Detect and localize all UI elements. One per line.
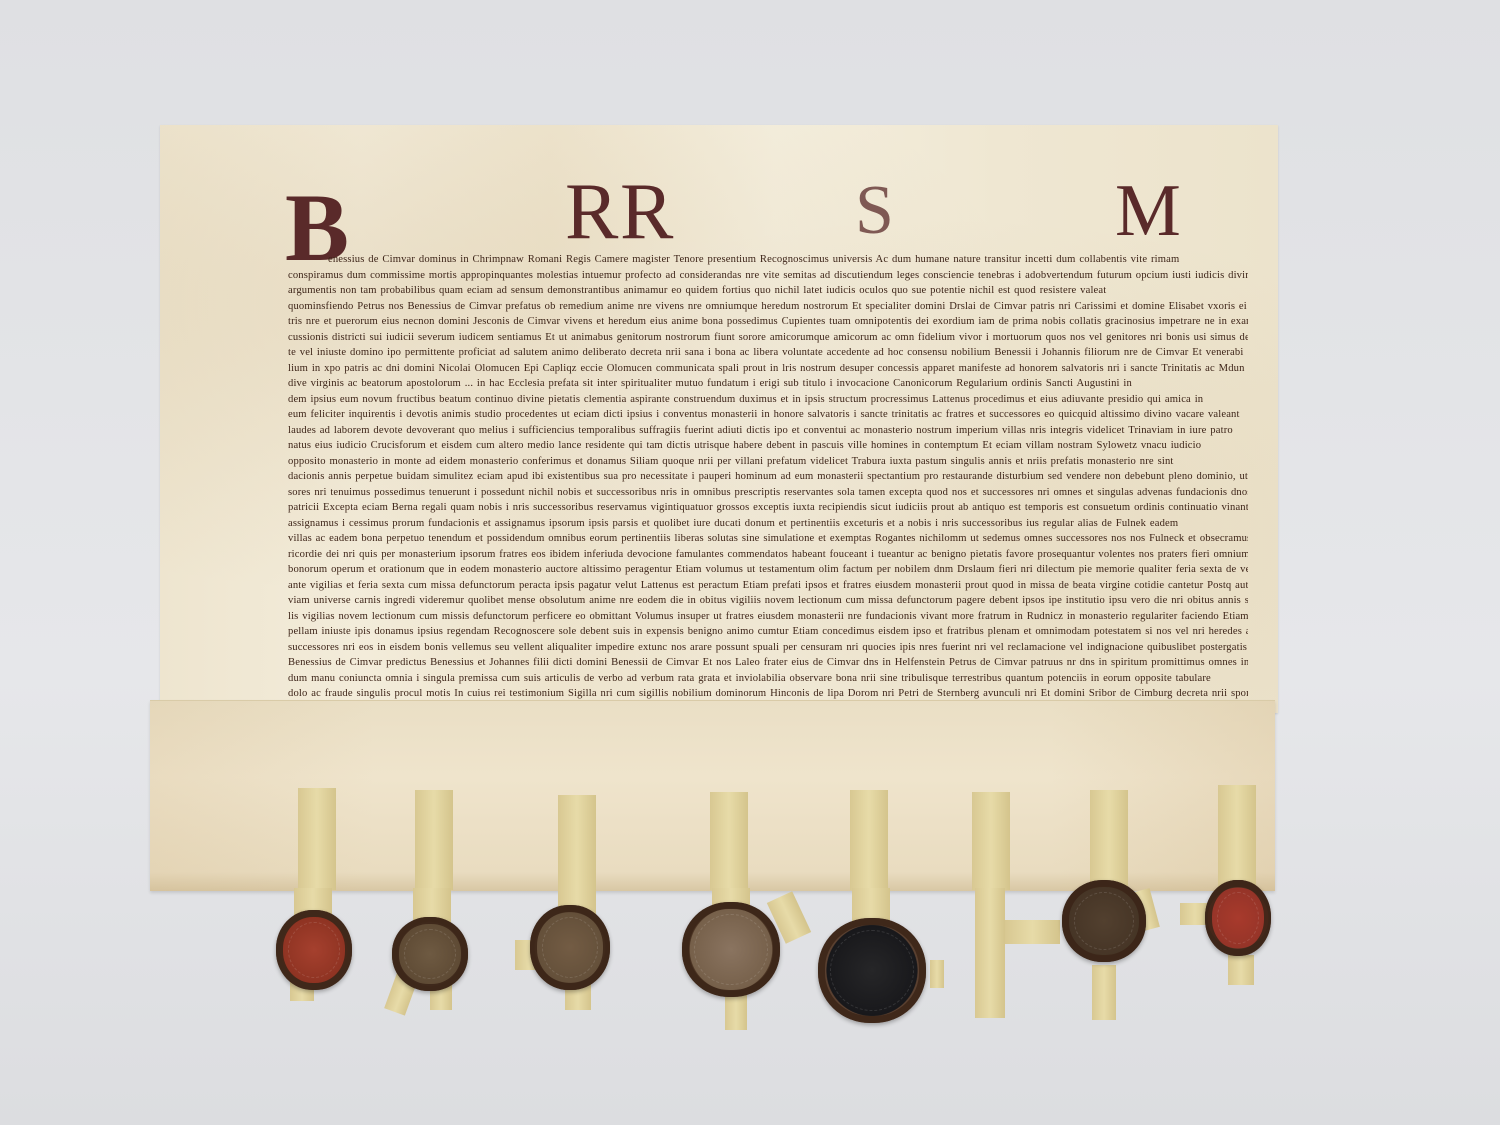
text-line: pellam iniuste ipis donamus ipsius regen…	[288, 624, 1248, 640]
charter-text: enessius de Cimvar dominus in Chrimpnaw …	[288, 252, 1248, 692]
wax-seal-dark-6	[1062, 880, 1146, 962]
seal-tag-loose	[1005, 920, 1060, 944]
seal-tag	[850, 790, 888, 890]
text-line: natus eius iudicio Crucisforum et eisdem…	[288, 438, 1248, 454]
text-line: dacionis annis perpetue buidam simulitez…	[288, 469, 1248, 485]
text-line: lis vigilias novem lectionum cum missis …	[288, 609, 1248, 625]
text-line: tris nre et puerorum eius necnon domini …	[288, 314, 1248, 330]
text-line: dive virginis ac beatorum apostolorum ..…	[288, 376, 1248, 392]
text-line: dum manu coniuncta omnia i singula premi…	[288, 671, 1248, 687]
wax-seal-red-7	[1205, 880, 1271, 956]
initial-s: S	[855, 176, 894, 246]
seal-tag	[415, 790, 453, 890]
seal-tag	[298, 788, 336, 890]
initial-r-2: R	[620, 172, 673, 252]
text-line: ante vigilias et feria sexta cum missa d…	[288, 578, 1248, 594]
seal-tag-tail	[1228, 955, 1254, 985]
text-line: ricordie dei nri quis per monasterium ip…	[288, 547, 1248, 563]
text-line: bonorum operum et orationum que in eodem…	[288, 562, 1248, 578]
text-line: argumentis non tam probabilibus quam eci…	[288, 283, 1248, 299]
wax-seal-red-1	[276, 910, 352, 990]
wax-seal-black-5	[818, 918, 926, 1023]
seal-tag	[558, 795, 596, 890]
seal-tag	[1090, 790, 1128, 890]
wax-seal-brown-2	[392, 917, 468, 991]
seal-tag	[972, 792, 1010, 890]
seal-tag-loose	[975, 888, 1005, 1018]
opening-line: enessius de Cimvar dominus in Chrimpnaw …	[288, 252, 1248, 268]
seal-tag-tail	[930, 960, 944, 988]
wax-seal-brown-3	[530, 905, 610, 990]
text-line: successores nri eos in eisdem bonis vell…	[288, 640, 1248, 656]
text-line: patricii Excepta eciam Berna regali quam…	[288, 500, 1248, 516]
text-line: laudes ad laborem devote devoverant quo …	[288, 423, 1248, 439]
text-line: te vel iniuste domino ipo permittente pr…	[288, 345, 1248, 361]
initial-r-1: R	[565, 172, 618, 252]
seal-tag	[1218, 785, 1256, 890]
text-line: quominsfiendo Petrus nos Benessius de Ci…	[288, 299, 1248, 315]
seal-tag	[710, 792, 748, 890]
text-line: assignamus i cessimus prorum fundacionis…	[288, 516, 1248, 532]
text-line: viam universe carnis ingredi videremur q…	[288, 593, 1248, 609]
text-line: eum feliciter inquirentis i devotis anim…	[288, 407, 1248, 423]
text-line: conspiramus dum commissime mortis approp…	[288, 268, 1248, 284]
seal-tag-tail	[1092, 965, 1116, 1020]
text-line: villas ac eadem bona perpetuo tenendum e…	[288, 531, 1248, 547]
text-line: Benessius de Cimvar predictus Benessius …	[288, 655, 1248, 671]
text-line: lium in xpo patris ac dni domini Nicolai…	[288, 361, 1248, 377]
text-line: dem ipsius eum novum fructibus beatum co…	[288, 392, 1248, 408]
wax-seal-grey-brown-4	[682, 902, 780, 997]
text-line: opposito monasterio in monte ad eidem mo…	[288, 454, 1248, 470]
text-line: sores nri tenuimus possedimus tenuerunt …	[288, 485, 1248, 501]
text-line: cussionis districti sui iudicii severum …	[288, 330, 1248, 346]
initial-m: M	[1115, 174, 1181, 248]
